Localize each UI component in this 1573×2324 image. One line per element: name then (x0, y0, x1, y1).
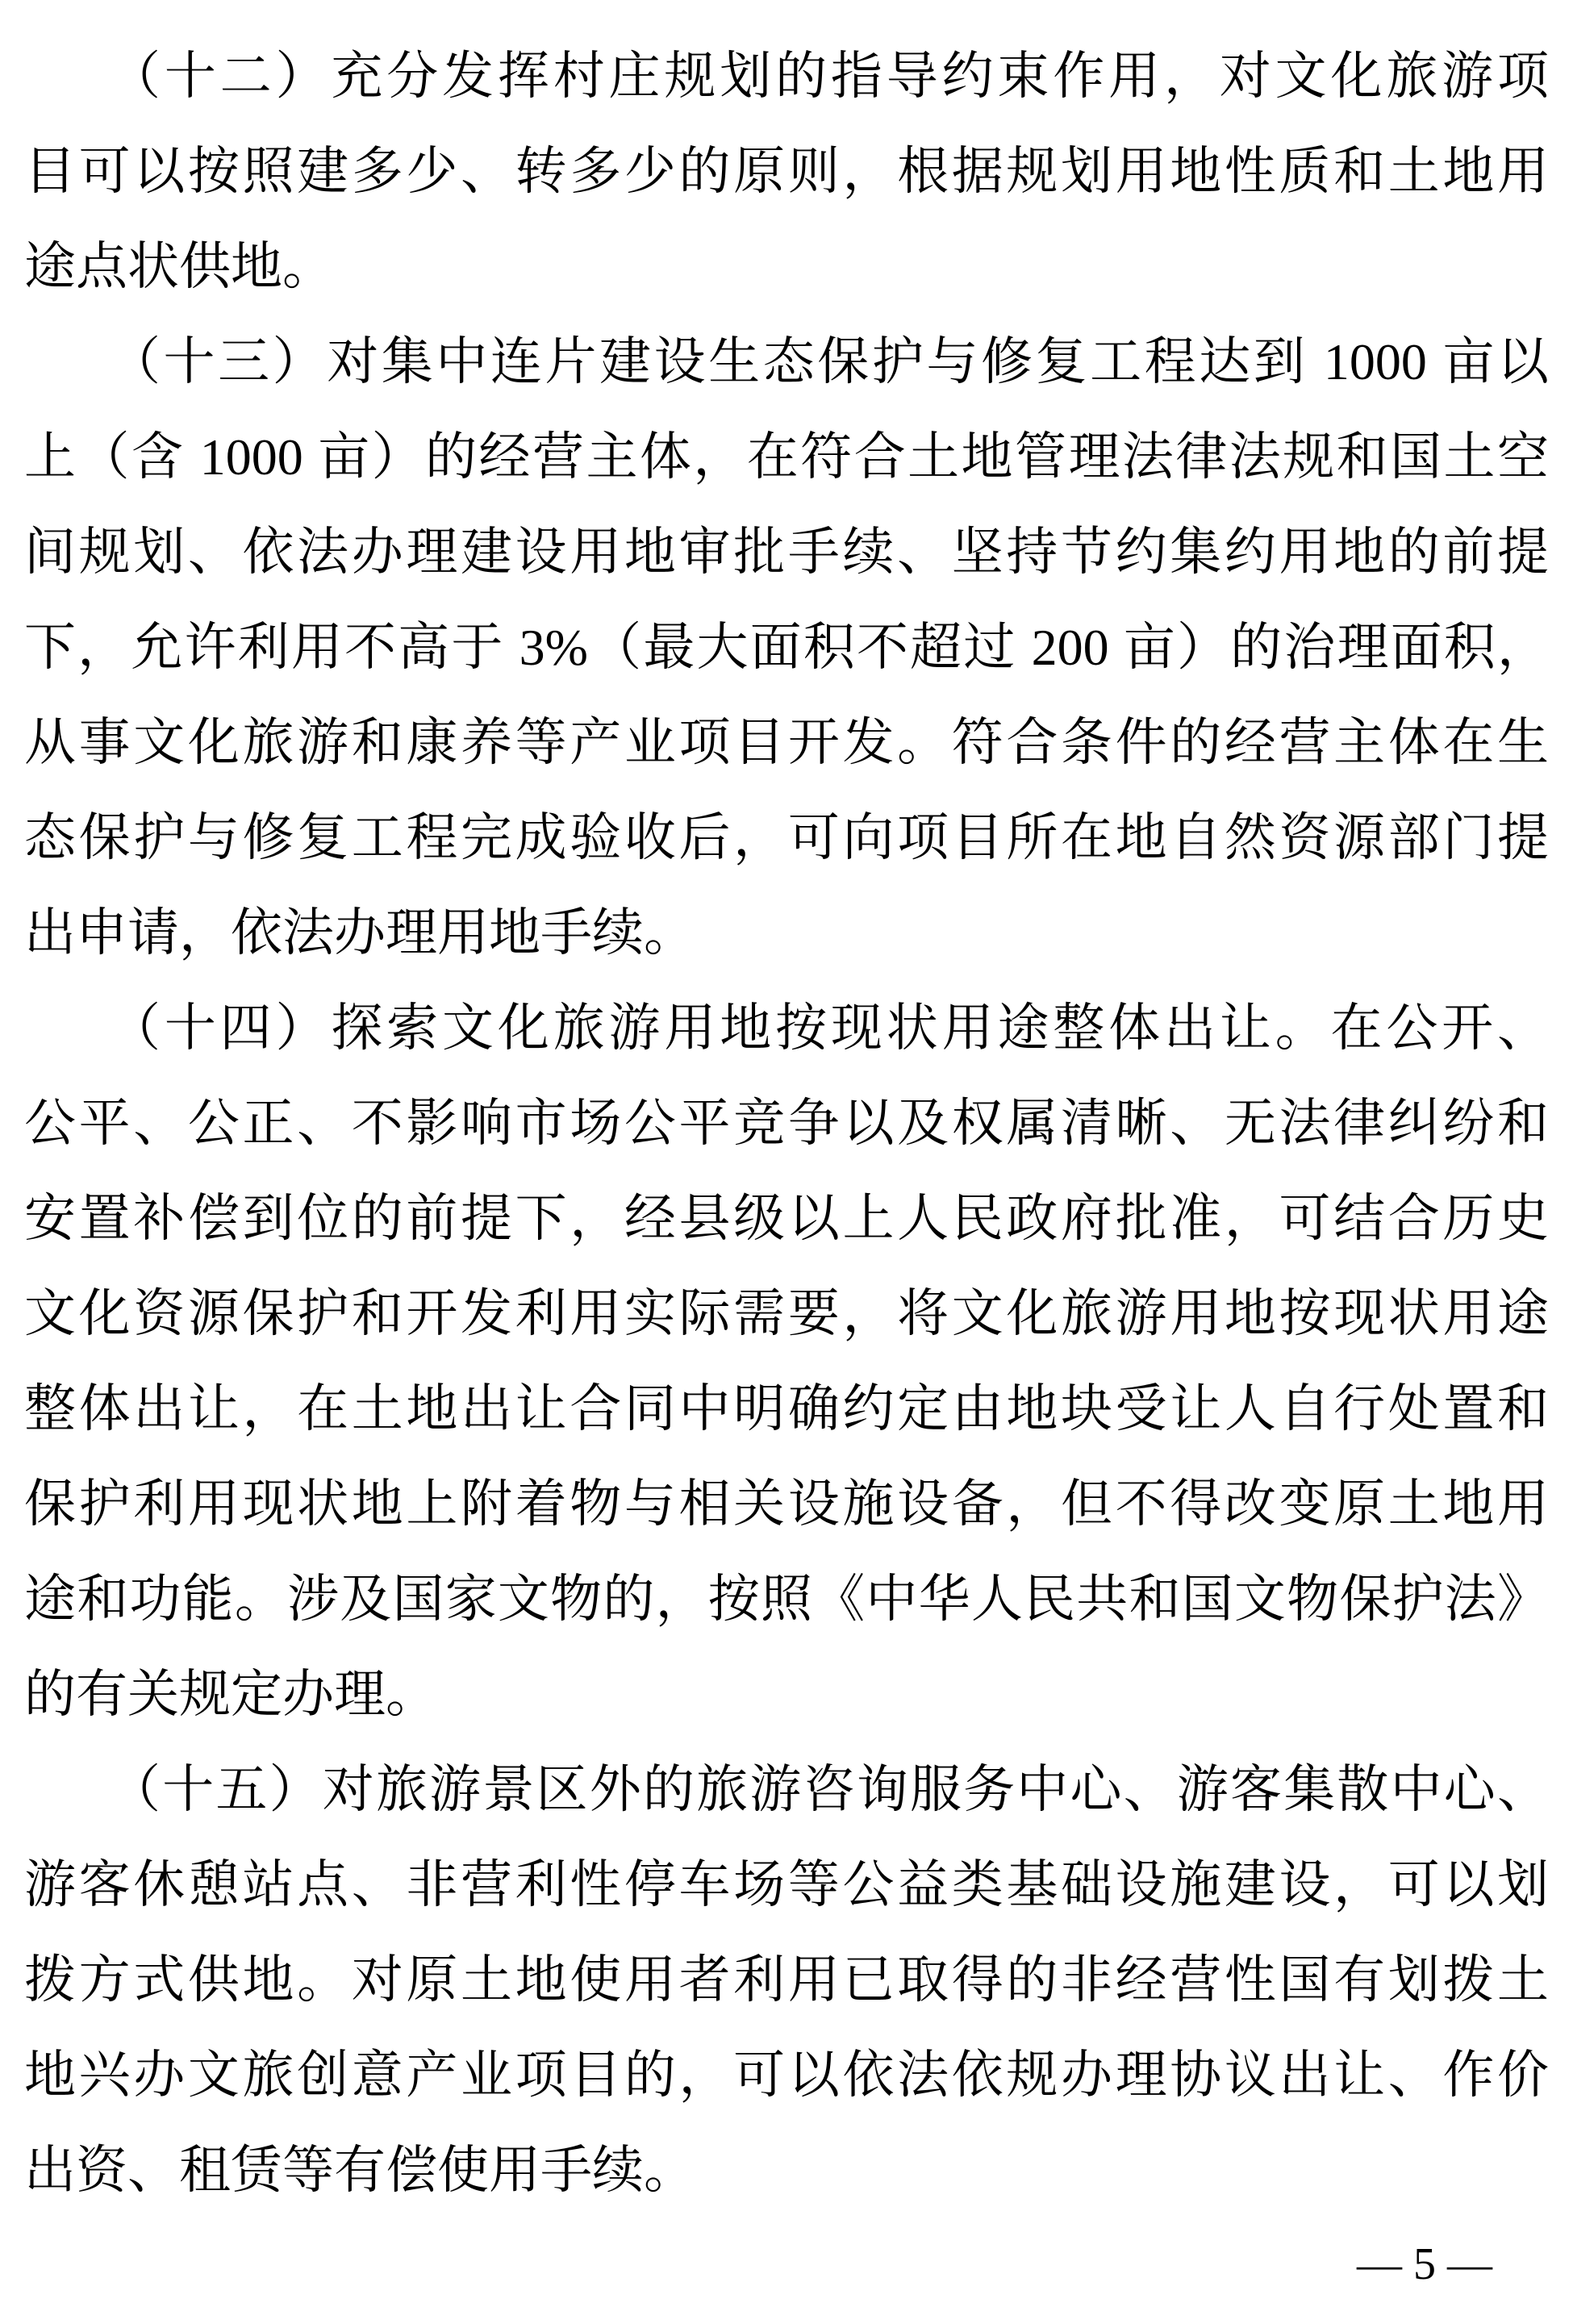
footer-dash-right: — (1447, 2239, 1492, 2289)
text-line: （十二）充分发挥村庄规划的指导约束作用，对文化旅游项 (24, 29, 1549, 124)
text-line: 下，允许利用不高于 3%（最大面积不超过 200 亩）的治理面积， (24, 600, 1549, 695)
text-line: 公平、公正、不影响市场公平竞争以及权属清晰、无法律纠纷和 (24, 1076, 1549, 1171)
text-line: 整体出让，在土地出让合同中明确约定由地块受让人自行处置和 (24, 1362, 1549, 1457)
text-line: 态保护与修复工程完成验收后，可向项目所在地自然资源部门提 (24, 791, 1549, 886)
document-page: （十二）充分发挥村庄规划的指导约束作用，对文化旅游项 目可以按照建多少、转多少的… (0, 0, 1573, 2324)
text-line: 地兴办文旅创意产业项目的，可以依法依规办理协议出让、作价 (24, 2028, 1549, 2123)
text-line: 目可以按照建多少、转多少的原则，根据规划用地性质和土地用 (24, 124, 1549, 219)
text-line: 保护利用现状地上附着物与相关设施设备，但不得改变原土地用 (24, 1457, 1549, 1552)
text-line: 出申请，依法办理用地手续。 (24, 886, 1549, 981)
text-line: 途和功能。涉及国家文物的，按照《中华人民共和国文物保护法》 (24, 1552, 1549, 1647)
footer-dash-left: — (1357, 2239, 1402, 2289)
text-line: （十五）对旅游景区外的旅游咨询服务中心、游客集散中心、 (24, 1742, 1549, 1838)
document-body-text: （十二）充分发挥村庄规划的指导约束作用，对文化旅游项 目可以按照建多少、转多少的… (24, 29, 1549, 2218)
text-line: 途点状供地。 (24, 219, 1549, 315)
page-number: 5 (1413, 2239, 1436, 2289)
paragraph-15: （十五）对旅游景区外的旅游咨询服务中心、游客集散中心、 游客休憩站点、非营利性停… (24, 1742, 1549, 2218)
paragraph-13: （十三）对集中连片建设生态保护与修复工程达到 1000 亩以 上（含 1000 … (24, 315, 1549, 981)
text-line: 安置补偿到位的前提下，经县级以上人民政府批准，可结合历史 (24, 1171, 1549, 1266)
text-line: 上（含 1000 亩）的经营主体，在符合土地管理法律法规和国土空 (24, 410, 1549, 505)
text-line: 拨方式供地。对原土地使用者利用已取得的非经营性国有划拨土 (24, 1933, 1549, 2028)
paragraph-14: （十四）探索文化旅游用地按现状用途整体出让。在公开、 公平、公正、不影响市场公平… (24, 981, 1549, 1742)
paragraph-12: （十二）充分发挥村庄规划的指导约束作用，对文化旅游项 目可以按照建多少、转多少的… (24, 29, 1549, 315)
text-line: 出资、租赁等有偿使用手续。 (24, 2123, 1549, 2218)
page-footer: —5— (1357, 2236, 1492, 2293)
text-line: 间规划、依法办理建设用地审批手续、坚持节约集约用地的前提 (24, 505, 1549, 600)
text-line: （十三）对集中连片建设生态保护与修复工程达到 1000 亩以 (24, 315, 1549, 410)
text-line: 游客休憩站点、非营利性停车场等公益类基础设施建设，可以划 (24, 1838, 1549, 1933)
text-line: （十四）探索文化旅游用地按现状用途整体出让。在公开、 (24, 981, 1549, 1076)
text-line: 的有关规定办理。 (24, 1647, 1549, 1742)
text-line: 文化资源保护和开发利用实际需要，将文化旅游用地按现状用途 (24, 1266, 1549, 1362)
text-line: 从事文化旅游和康养等产业项目开发。符合条件的经营主体在生 (24, 695, 1549, 791)
